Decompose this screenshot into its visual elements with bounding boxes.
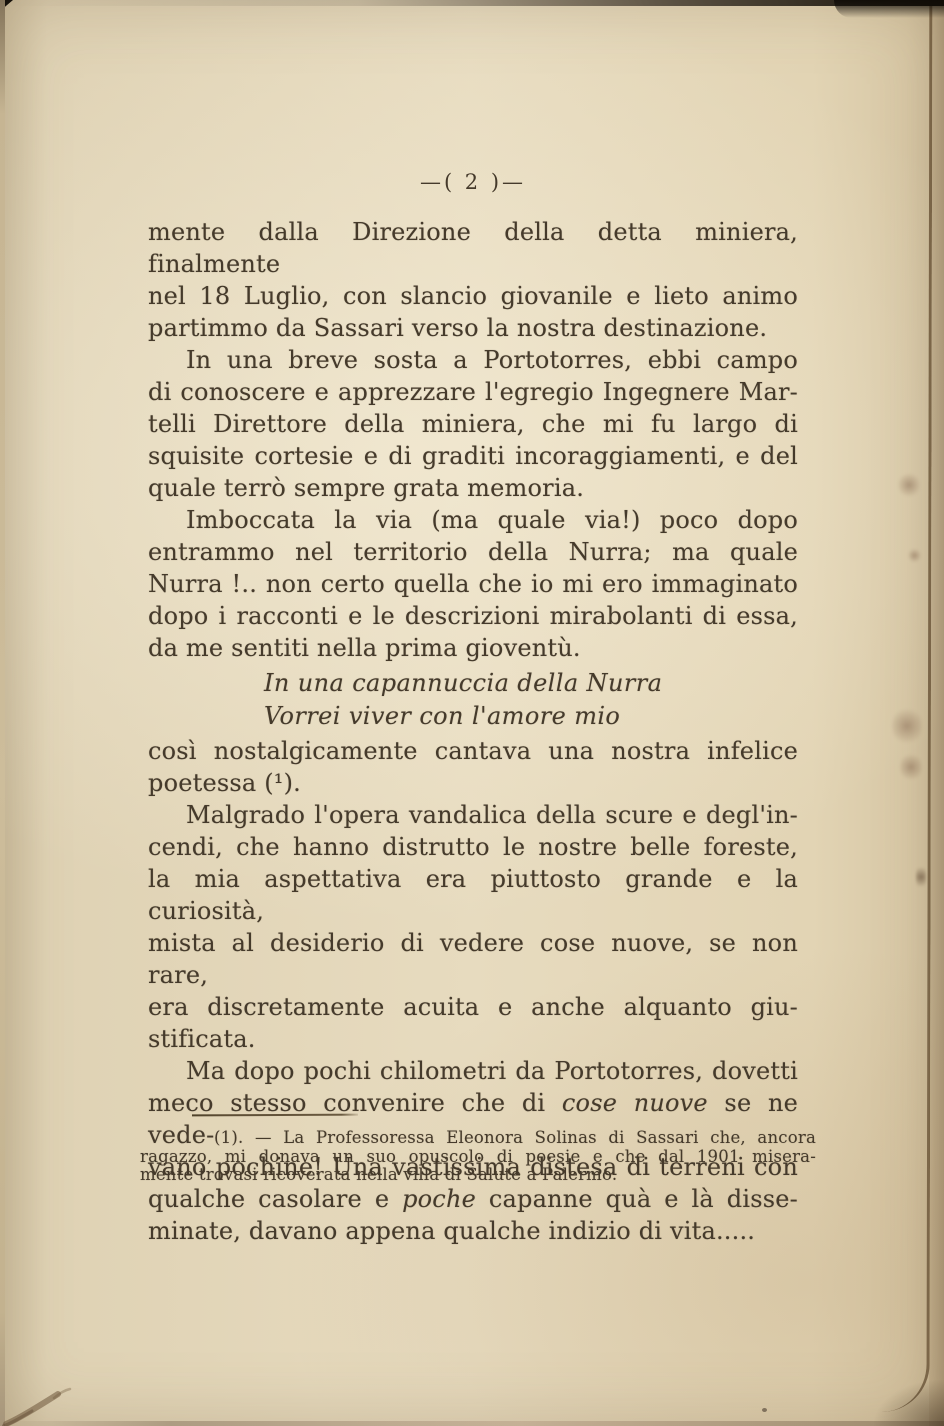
text-line: mista al desiderio di vedere cose nuove,… <box>148 927 798 991</box>
text-line: era discretamente acuita e anche alquant… <box>148 991 798 1023</box>
text-segment: stificata. <box>148 1025 256 1053</box>
text-segment: entrammo nel territorio della Nurra; ma … <box>148 538 798 566</box>
corner-darkening <box>874 1380 944 1426</box>
text-segment: In una capannuccia della Nurra <box>264 669 662 697</box>
stain <box>898 472 920 498</box>
text-segment: minate, davano appena qualche indizio di… <box>148 1217 755 1245</box>
text-segment: da me sentiti nella prima gioventù. <box>148 634 581 662</box>
text-segment: cose nuove <box>562 1089 708 1117</box>
text-line: così nostalgicamente cantava una nostra … <box>148 735 798 767</box>
text-line: mente trovasi ricoverata nella villa di … <box>140 1166 816 1185</box>
text-segment: così nostalgicamente cantava una nostra … <box>148 737 798 765</box>
text-line: partimmo da Sassari verso la nostra dest… <box>148 312 798 344</box>
scan-corner-shadow <box>834 0 944 18</box>
text-line: la mia aspettativa era piuttosto grande … <box>148 863 798 927</box>
text-segment: mente trovasi ricoverata nella villa di … <box>140 1165 617 1184</box>
text-segment: mente dalla Direzione della detta minier… <box>148 218 798 278</box>
text-segment: quale terrò sempre grata memoria. <box>148 474 584 502</box>
binding-edge <box>0 0 5 1426</box>
text-line: Imboccata la via (ma quale via!) poco do… <box>148 504 798 536</box>
text-body: mente dalla Direzione della detta minier… <box>148 216 798 1247</box>
text-line: ragazzo, mi donava un suo opuscolo di po… <box>140 1148 816 1167</box>
text-segment: telli Direttore della miniera, che mi fu… <box>148 410 798 438</box>
text-line: Malgrado l'opera vandalica della scure e… <box>148 799 798 831</box>
text-line: entrammo nel territorio della Nurra; ma … <box>148 536 798 568</box>
text-line: In una capannuccia della Nurra <box>264 667 798 700</box>
text-segment: Nurra !.. non certo quella che io mi ero… <box>148 570 798 598</box>
paragraph: In una breve sosta a Portotorres, ebbi c… <box>148 344 798 504</box>
text-segment: di conoscere e apprezzare l'egregio Inge… <box>148 378 798 406</box>
text-segment: cendi, che hanno distrutto le nostre bel… <box>148 833 798 861</box>
text-line: dopo i racconti e le descrizioni mirabol… <box>148 600 798 632</box>
text-line: nel 18 Luglio, con slancio giovanile e l… <box>148 280 798 312</box>
text-segment: Imboccata la via (ma quale via!) poco do… <box>186 506 798 534</box>
text-line: Ma dopo pochi chilometri da Portotorres,… <box>148 1055 798 1087</box>
text-line: Vorrei viver con l'amore mio <box>264 700 798 733</box>
paragraph: Malgrado l'opera vandalica della scure e… <box>148 799 798 1055</box>
text-segment: poche <box>402 1185 476 1213</box>
ink-speck <box>762 1408 767 1412</box>
text-segment: (1). — La Professoressa Eleonora Solinas… <box>214 1128 816 1147</box>
text-segment: squisite cortesie e di graditi incoraggi… <box>148 442 798 470</box>
page-number: —( 2 )— <box>148 170 798 194</box>
paragraph: così nostalgicamente cantava una nostra … <box>148 735 798 799</box>
text-line: quale terrò sempre grata memoria. <box>148 472 798 504</box>
stain <box>908 548 921 563</box>
text-segment: capanne quà e là disse- <box>476 1185 798 1213</box>
book-page-scan: —( 2 )— mente dalla Direzione della dett… <box>0 0 944 1426</box>
text-line: minate, davano appena qualche indizio di… <box>148 1215 798 1247</box>
scan-top-edge <box>0 0 944 6</box>
text-line: In una breve sosta a Portotorres, ebbi c… <box>148 344 798 376</box>
text-line: mente dalla Direzione della detta minier… <box>148 216 798 280</box>
text-line: Nurra !.. non certo quella che io mi ero… <box>148 568 798 600</box>
text-segment: ragazzo, mi donava un suo opuscolo di po… <box>140 1147 816 1166</box>
text-segment: partimmo da Sassari verso la nostra dest… <box>148 314 767 342</box>
text-line: qualche casolare e poche capanne quà e l… <box>148 1183 798 1215</box>
text-line: squisite cortesie e di graditi incoraggi… <box>148 440 798 472</box>
stain <box>916 864 926 890</box>
text-segment: la mia aspettativa era piuttosto grande … <box>148 865 798 925</box>
text-segment: Ma dopo pochi chilometri da Portotorres,… <box>186 1057 798 1085</box>
text-line: da me sentiti nella prima gioventù. <box>148 632 798 664</box>
page-edge-crease <box>866 0 932 1412</box>
text-segment: poetessa (¹). <box>148 769 301 797</box>
text-segment: era discretamente acuita e anche alquant… <box>148 993 798 1021</box>
text-line: di conoscere e apprezzare l'egregio Inge… <box>148 376 798 408</box>
text-segment: mista al desiderio di vedere cose nuove,… <box>148 929 798 989</box>
stain <box>892 706 922 746</box>
text-segment: dopo i racconti e le descrizioni mirabol… <box>148 602 798 630</box>
text-line: stificata. <box>148 1023 798 1055</box>
text-segment: Vorrei viver con l'amore mio <box>264 702 620 730</box>
text-segment: qualche casolare e <box>148 1185 402 1213</box>
text-segment: nel 18 Luglio, con slancio giovanile e l… <box>148 282 798 310</box>
verse-block: In una capannuccia della NurraVorrei viv… <box>264 667 798 733</box>
scan-bottom-edge <box>0 1421 944 1426</box>
text-line: poetessa (¹). <box>148 767 798 799</box>
text-line: cendi, che hanno distrutto le nostre bel… <box>148 831 798 863</box>
stain <box>900 752 922 782</box>
text-line: (1). — La Professoressa Eleonora Solinas… <box>140 1129 816 1148</box>
text-segment: Malgrado l'opera vandalica della scure e… <box>186 801 798 829</box>
paragraph: mente dalla Direzione della detta minier… <box>148 216 798 344</box>
text-segment: In una breve sosta a Portotorres, ebbi c… <box>186 346 798 374</box>
paragraph: Imboccata la via (ma quale via!) poco do… <box>148 504 798 664</box>
footnote-text: (1). — La Professoressa Eleonora Solinas… <box>140 1129 816 1185</box>
text-line: telli Direttore della miniera, che mi fu… <box>148 408 798 440</box>
pen-mark <box>2 1386 102 1426</box>
